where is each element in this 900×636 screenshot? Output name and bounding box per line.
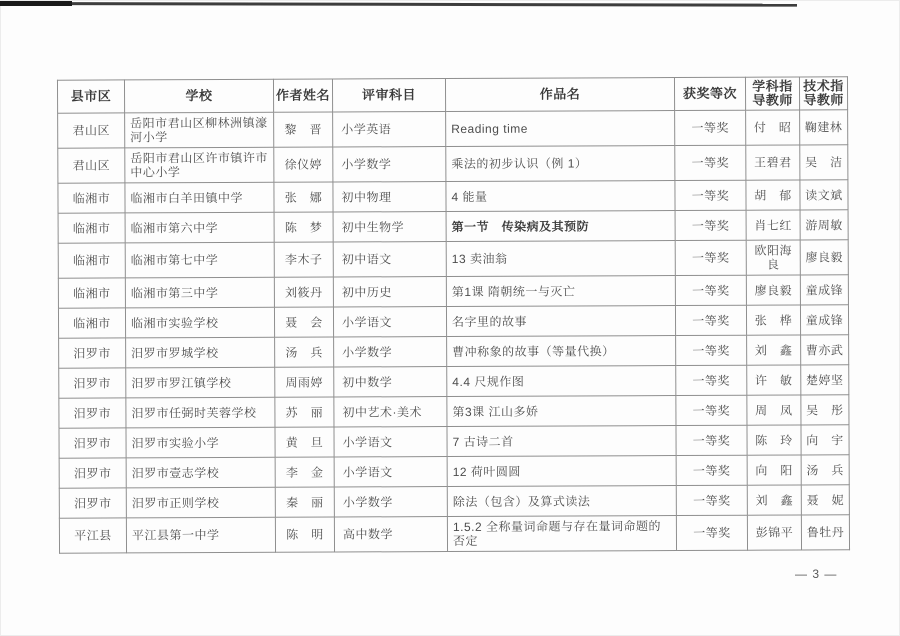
cell-school: 临湘市实验学校 <box>125 307 274 338</box>
cell-tech_teacher: 楚婷坚 <box>801 365 849 395</box>
page-number: — 3 — <box>795 567 837 581</box>
cell-award: 一等奖 <box>675 180 746 210</box>
cell-district: 临湘市 <box>58 243 125 278</box>
cell-work: 1.5.2 全称量词命题与存在量词命题的否定 <box>447 516 676 552</box>
cell-work: 名字里的故事 <box>446 306 675 337</box>
column-header-district: 县市区 <box>57 80 124 113</box>
cell-subject: 小学语文 <box>333 307 446 337</box>
column-header-award: 获奖等次 <box>674 77 745 110</box>
cell-work: 乘法的初步认识（例 1） <box>446 146 675 182</box>
cell-work: Reading time <box>446 111 675 147</box>
cell-author: 周雨婷 <box>275 367 334 397</box>
cell-work: 7 古诗二首 <box>447 426 676 457</box>
column-header-subject: 评审科目 <box>332 79 445 112</box>
cell-tech_teacher: 童成锋 <box>800 275 848 305</box>
cell-subject_teacher: 付 昭 <box>746 110 800 145</box>
cell-award: 一等奖 <box>676 425 747 455</box>
cell-school: 临湘市第七中学 <box>125 242 274 278</box>
column-header-subject_teacher: 学科指 导教师 <box>745 77 799 110</box>
cell-tech_teacher: 汤 兵 <box>801 455 849 485</box>
column-header-tech_teacher: 技术指 导教师 <box>799 77 847 110</box>
cell-work: 4 能量 <box>446 181 675 212</box>
cell-work: 13 卖油翁 <box>446 241 675 277</box>
cell-subject_teacher: 陈 玲 <box>747 425 801 455</box>
cell-author: 张 娜 <box>274 182 333 212</box>
cell-subject: 小学数学 <box>334 487 447 517</box>
cell-award: 一等奖 <box>675 275 746 305</box>
cell-subject_teacher: 胡 郁 <box>746 180 800 210</box>
cell-district: 汨罗市 <box>59 458 126 488</box>
cell-tech_teacher: 向 宇 <box>801 425 849 455</box>
cell-subject_teacher: 王碧君 <box>746 145 800 180</box>
cell-subject: 初中数学 <box>334 367 447 397</box>
cell-district: 汨罗市 <box>59 368 126 398</box>
cell-school: 汨罗市罗城学校 <box>126 337 275 368</box>
cell-author: 黄 旦 <box>275 427 334 457</box>
cell-tech_teacher: 吴 洁 <box>800 145 848 180</box>
cell-subject: 小学英语 <box>333 112 446 147</box>
table-row: 临湘市临湘市第六中学陈 梦初中生物学第一节 传染病及其预防一等奖肖七红游周敏 <box>58 210 848 243</box>
cell-tech_teacher: 廖良毅 <box>800 240 848 275</box>
cell-subject: 小学语文 <box>334 457 447 487</box>
table-row: 临湘市临湘市实验学校聂 会小学语文名字里的故事一等奖张 桦童成锋 <box>58 305 848 338</box>
cell-subject_teacher: 张 桦 <box>746 305 800 335</box>
cell-district: 汨罗市 <box>59 488 126 518</box>
cell-school: 汨罗市任弼时芙蓉学校 <box>126 397 275 428</box>
cell-author: 秦 丽 <box>275 487 334 517</box>
cell-author: 聂 会 <box>274 307 333 337</box>
cell-award: 一等奖 <box>675 305 746 335</box>
cell-subject_teacher: 刘 鑫 <box>747 335 801 365</box>
cell-tech_teacher: 鞠建林 <box>800 110 848 145</box>
scanned-page: 县市区学校作者姓名评审科目作品名获奖等次学科指 导教师技术指 导教师 君山区岳阳… <box>0 0 900 636</box>
cell-subject_teacher: 彭锦平 <box>747 515 801 550</box>
cell-author: 徐仪婷 <box>274 147 333 182</box>
table-row: 汨罗市汨罗市实验小学黄 旦小学语文7 古诗二首一等奖陈 玲向 宇 <box>59 425 849 458</box>
table-row: 临湘市临湘市白羊田镇中学张 娜初中物理4 能量一等奖胡 郁读文斌 <box>58 180 848 213</box>
cell-tech_teacher: 读文斌 <box>800 180 848 210</box>
cell-district: 临湘市 <box>58 308 125 338</box>
cell-subject: 初中历史 <box>333 277 446 307</box>
cell-author: 李木子 <box>274 242 333 277</box>
cell-school: 平江县第一中学 <box>126 517 275 553</box>
cell-district: 临湘市 <box>58 278 125 308</box>
column-header-school: 学校 <box>124 79 273 113</box>
cell-school: 汨罗市实验小学 <box>126 427 275 458</box>
table-row: 临湘市临湘市第三中学刘筱丹初中历史第1课 隋朝统一与灭亡一等奖廖良毅童成锋 <box>58 275 848 308</box>
cell-tech_teacher: 童成锋 <box>800 305 848 335</box>
cell-subject: 初中语文 <box>333 242 446 277</box>
cell-award: 一等奖 <box>675 145 746 180</box>
scan-artifact-blob <box>0 1 72 6</box>
cell-district: 君山区 <box>58 113 125 148</box>
scan-artifact-line <box>0 2 797 7</box>
cell-subject_teacher: 廖良毅 <box>746 275 800 305</box>
cell-award: 一等奖 <box>676 335 747 365</box>
table-row: 汨罗市汨罗市罗江镇学校周雨婷初中数学4.4 尺规作图一等奖许 敏楚婷坚 <box>59 365 849 398</box>
cell-award: 一等奖 <box>675 240 746 275</box>
cell-district: 平江县 <box>59 518 126 553</box>
cell-school: 汨罗市壹志学校 <box>126 457 275 488</box>
cell-award: 一等奖 <box>676 485 747 515</box>
column-header-author: 作者姓名 <box>273 79 332 112</box>
cell-author: 刘筱丹 <box>274 277 333 307</box>
cell-subject: 高中数学 <box>334 517 447 552</box>
cell-work: 曹冲称象的故事（等量代换） <box>447 336 676 367</box>
award-table-container: 县市区学校作者姓名评审科目作品名获奖等次学科指 导教师技术指 导教师 君山区岳阳… <box>57 76 849 553</box>
table-row: 临湘市临湘市第七中学李木子初中语文13 卖油翁一等奖欧阳海良廖良毅 <box>58 240 848 278</box>
cell-award: 一等奖 <box>676 365 747 395</box>
cell-school: 岳阳市君山区柳林洲镇濠河小学 <box>125 112 274 148</box>
cell-subject_teacher: 欧阳海良 <box>746 240 800 275</box>
cell-subject: 小学数学 <box>333 147 446 182</box>
cell-district: 汨罗市 <box>59 398 126 428</box>
cell-author: 苏 丽 <box>275 397 334 427</box>
cell-subject: 初中艺术·美术 <box>334 397 447 427</box>
cell-author: 黎 晋 <box>274 112 333 147</box>
cell-subject_teacher: 刘 鑫 <box>747 485 801 515</box>
cell-subject_teacher: 向 阳 <box>747 455 801 485</box>
table-row: 汨罗市汨罗市正则学校秦 丽小学数学除法（包含）及算式读法一等奖刘 鑫聂 妮 <box>59 485 849 518</box>
cell-work: 第3课 江山多娇 <box>447 396 676 427</box>
cell-author: 汤 兵 <box>275 337 334 367</box>
cell-award: 一等奖 <box>675 210 746 240</box>
cell-author: 陈 明 <box>275 517 334 552</box>
cell-award: 一等奖 <box>676 515 747 550</box>
cell-subject_teacher: 许 敏 <box>747 365 801 395</box>
cell-award: 一等奖 <box>676 395 747 425</box>
table-row: 汨罗市汨罗市壹志学校李 金小学语文12 荷叶圆圆一等奖向 阳汤 兵 <box>59 455 849 488</box>
cell-school: 临湘市第三中学 <box>125 277 274 308</box>
cell-school: 岳阳市君山区许市镇许市中心小学 <box>125 147 274 183</box>
cell-work: 第一节 传染病及其预防 <box>446 211 675 242</box>
table-row: 汨罗市汨罗市罗城学校汤 兵小学数学曹冲称象的故事（等量代换）一等奖刘 鑫曹亦武 <box>59 335 849 368</box>
cell-subject_teacher: 周 凤 <box>747 395 801 425</box>
cell-tech_teacher: 聂 妮 <box>801 485 849 515</box>
cell-award: 一等奖 <box>675 110 746 145</box>
cell-author: 陈 梦 <box>274 212 333 242</box>
table-row: 君山区岳阳市君山区许市镇许市中心小学徐仪婷小学数学乘法的初步认识（例 1）一等奖… <box>58 145 848 183</box>
cell-district: 临湘市 <box>58 183 125 213</box>
cell-subject: 小学语文 <box>334 427 447 457</box>
cell-subject: 初中生物学 <box>333 212 446 242</box>
cell-tech_teacher: 鲁牡丹 <box>801 515 849 550</box>
cell-work: 除法（包含）及算式读法 <box>447 486 676 517</box>
award-table: 县市区学校作者姓名评审科目作品名获奖等次学科指 导教师技术指 导教师 君山区岳阳… <box>57 76 850 553</box>
cell-author: 李 金 <box>275 457 334 487</box>
cell-school: 临湘市白羊田镇中学 <box>125 182 274 213</box>
table-row: 汨罗市汨罗市任弼时芙蓉学校苏 丽初中艺术·美术第3课 江山多娇一等奖周 凤吴 彤 <box>59 395 849 428</box>
cell-school: 汨罗市罗江镇学校 <box>126 367 275 398</box>
table-header-row: 县市区学校作者姓名评审科目作品名获奖等次学科指 导教师技术指 导教师 <box>57 77 847 113</box>
cell-district: 君山区 <box>58 148 125 183</box>
cell-tech_teacher: 吴 彤 <box>801 395 849 425</box>
cell-district: 汨罗市 <box>59 338 126 368</box>
cell-subject: 小学数学 <box>334 337 447 367</box>
cell-work: 4.4 尺规作图 <box>447 366 676 397</box>
cell-district: 临湘市 <box>58 213 125 243</box>
cell-tech_teacher: 游周敏 <box>800 210 848 240</box>
cell-school: 临湘市第六中学 <box>125 212 274 243</box>
table-row: 平江县平江县第一中学陈 明高中数学1.5.2 全称量词命题与存在量词命题的否定一… <box>59 515 849 553</box>
column-header-work: 作品名 <box>445 78 674 112</box>
table-row: 君山区岳阳市君山区柳林洲镇濠河小学黎 晋小学英语Reading time一等奖付… <box>58 110 848 148</box>
cell-tech_teacher: 曹亦武 <box>801 335 849 365</box>
cell-work: 第1课 隋朝统一与灭亡 <box>446 276 675 307</box>
cell-award: 一等奖 <box>676 455 747 485</box>
cell-work: 12 荷叶圆圆 <box>447 456 676 487</box>
cell-district: 汨罗市 <box>59 428 126 458</box>
cell-subject_teacher: 肖七红 <box>746 210 800 240</box>
cell-subject: 初中物理 <box>333 182 446 212</box>
cell-school: 汨罗市正则学校 <box>126 487 275 518</box>
